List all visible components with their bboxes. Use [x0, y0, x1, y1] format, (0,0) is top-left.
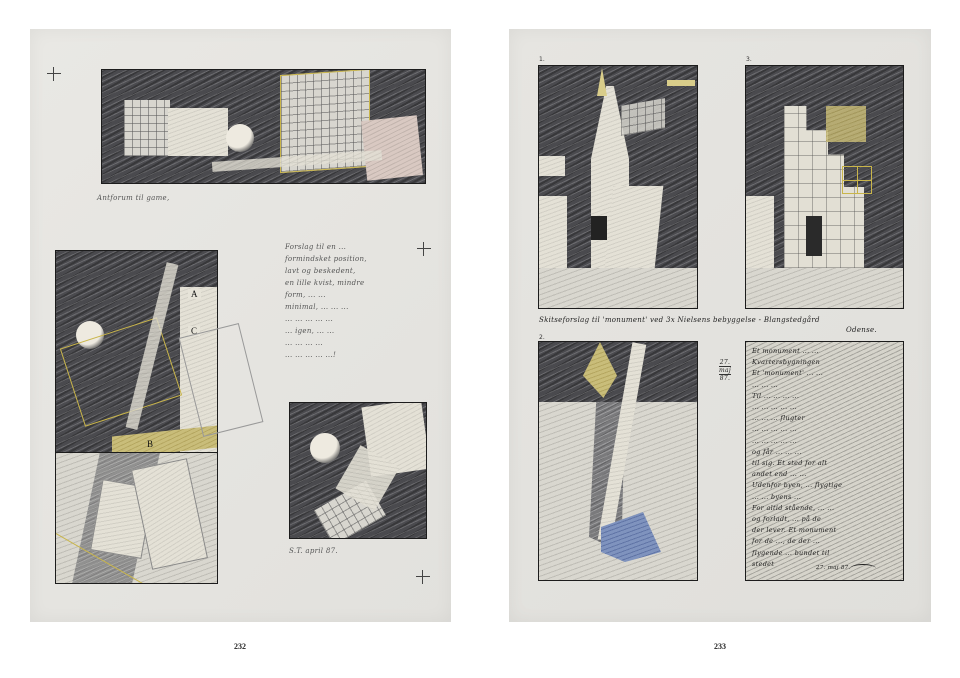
panel-number-1: 1. — [539, 56, 545, 63]
spread-caption-line1: Skitseforslag til 'monument' ved 3x Niel… — [539, 314, 820, 326]
handwritten-notes: Forslag til en ... formindsket position,… — [285, 241, 367, 361]
date-note: 27. maj 87. — [719, 359, 731, 382]
crop-mark-icon — [416, 570, 430, 584]
left-block-shape — [746, 196, 774, 268]
monument-sketch-panel-1 — [538, 65, 698, 309]
square-sketch-panel — [289, 402, 427, 539]
monument-sketch-panel-2 — [538, 341, 698, 581]
panel-number-3: 3. — [746, 56, 752, 63]
label-plate-shape — [539, 156, 565, 176]
crop-mark-icon — [47, 67, 61, 81]
fractured-mass-shape — [168, 108, 228, 156]
sky-band-shape — [539, 342, 697, 402]
monument-sketch-panel-3 — [745, 65, 904, 309]
square-panel-caption: S.T. april 87. — [289, 545, 338, 557]
ground-plane — [746, 268, 903, 308]
panorama-sketch-panel — [101, 69, 426, 184]
moon-sphere-shape — [226, 124, 254, 152]
crop-mark-icon — [417, 242, 431, 256]
door-opening-shape — [591, 216, 607, 240]
label-b: B — [144, 439, 156, 449]
handwritten-text-panel: Et monument ... ... Kvartersbygningen Et… — [745, 341, 904, 581]
tall-sketch-panel-lower — [55, 452, 218, 584]
sphere-shape — [310, 433, 340, 463]
dark-doorway-shape — [806, 216, 822, 256]
grid-block-shape — [124, 100, 170, 156]
spread-caption-line2: Odense. — [846, 324, 877, 336]
lower-wedge-shape — [605, 186, 664, 268]
page-number-right: 233 — [714, 642, 726, 651]
text-panel-lines: Et monument ... ... Kvartersbygningen Et… — [752, 346, 842, 570]
gold-flag-shape — [597, 68, 607, 96]
tilted-plane-shape — [131, 458, 208, 570]
left-page: Antforum til game, A C B Forslag til en … — [30, 29, 451, 622]
signature-mark — [850, 564, 876, 573]
pennant-shape — [667, 80, 695, 86]
panel-number-2: 2. — [539, 334, 545, 341]
ground-plane — [539, 268, 697, 308]
gold-window-grid-shape — [842, 166, 872, 194]
gold-sail-shape — [826, 106, 866, 142]
label-a: A — [188, 289, 201, 299]
net-flag-shape — [621, 98, 665, 136]
signature-date: 27. maj 87. — [816, 562, 851, 574]
page-number-left: 232 — [234, 642, 246, 651]
pink-block-shape — [361, 115, 423, 181]
right-page: 1. 3. Skitseforslag til 'monument' ved 3… — [509, 29, 931, 622]
panorama-caption: Antforum til game, — [97, 192, 169, 204]
left-block-shape — [539, 196, 567, 268]
